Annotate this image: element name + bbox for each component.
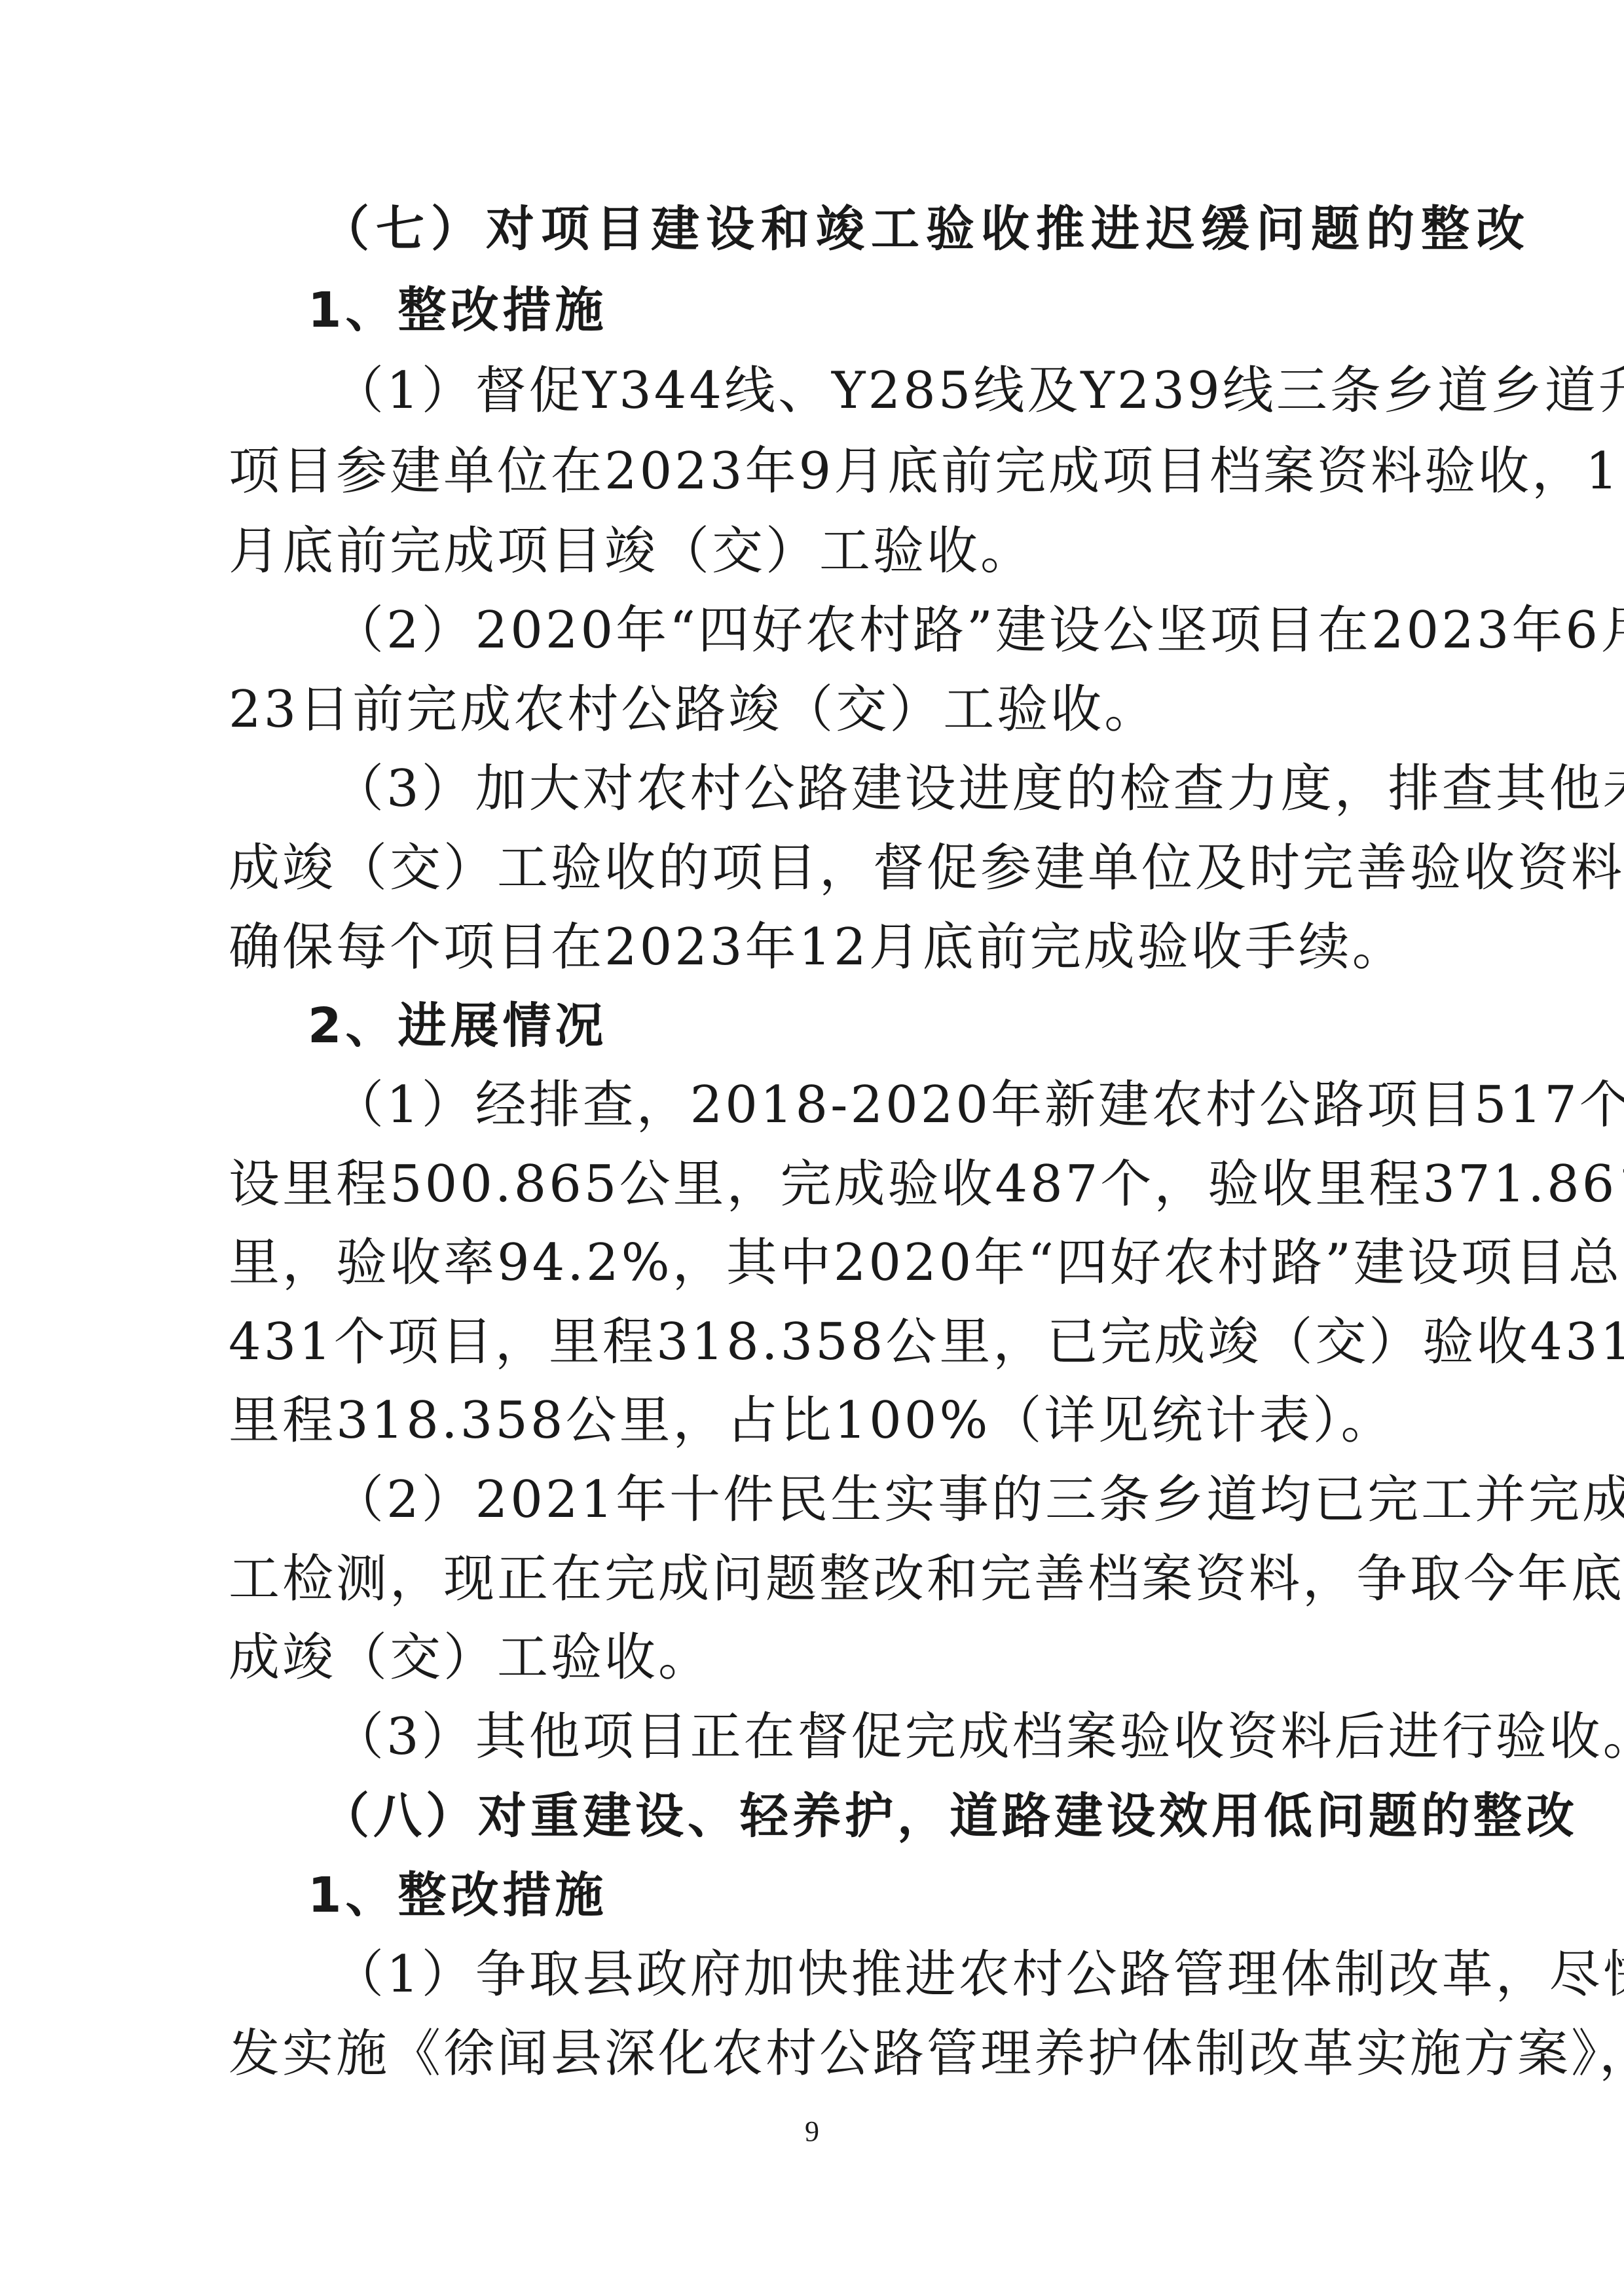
- paragraph-line: 工检测，现正在完成问题整改和完善档案资料，争取今年底完: [229, 1546, 1407, 1612]
- paragraph-line: （2）2021年十件民生实事的三条乡道均已完工并完成交: [333, 1467, 1407, 1533]
- subheading-measures: 1、整改措施: [308, 1863, 1382, 1928]
- page-number: 9: [0, 2115, 1624, 2148]
- paragraph-line: 23日前完成农村公路竣（交）工验收。: [229, 677, 1407, 742]
- paragraph-line: （2）2020年“四好农村路”建设公坚项目在2023年6月: [333, 598, 1407, 663]
- paragraph-line: 里程318.358公里，占比100%（详见统计表）。: [229, 1388, 1407, 1453]
- paragraph-line: 里，验收率94.2%，其中2020年“四好农村路”建设项目总计: [229, 1230, 1407, 1296]
- paragraph-line: 成竣（交）工验收。: [229, 1625, 1407, 1690]
- section-heading-8: （八）对重建设、轻养护，道路建设效用低问题的整改: [321, 1783, 1395, 1849]
- paragraph-line: 月底前完成项目竣（交）工验收。: [229, 519, 1407, 584]
- paragraph-line: （3）其他项目正在督促完成档案验收资料后进行验收。: [333, 1704, 1407, 1770]
- paragraph-line: 设里程500.865公里，完成验收487个，验收里程371.861公: [229, 1152, 1407, 1217]
- paragraph-line: （1）争取县政府加快推进农村公路管理体制改革，尽快印: [333, 1942, 1407, 2007]
- paragraph-line: 项目参建单位在2023年9月底前完成项目档案资料验收，12: [229, 439, 1407, 504]
- subheading-progress: 2、进展情况: [308, 993, 1382, 1059]
- paragraph-line: 发实施《徐闻县深化农村公路管理养护体制改革实施方案》，: [229, 2021, 1407, 2086]
- paragraph-line: 成竣（交）工验收的项目，督促参建单位及时完善验收资料，: [229, 835, 1407, 901]
- paragraph-line: 431个项目，里程318.358公里，已完成竣（交）验收431个，: [229, 1309, 1407, 1375]
- paragraph-line: （3）加大对农村公路建设进度的检查力度，排查其他未完: [333, 756, 1407, 822]
- paragraph-line: （1）经排查，2018-2020年新建农村公路项目517个，建: [333, 1072, 1407, 1138]
- paragraph-line: 确保每个项目在2023年12月底前完成验收手续。: [229, 915, 1407, 980]
- paragraph-line: （1）督促Y344线、Y285线及Y239线三条乡道乡道升级: [333, 358, 1407, 424]
- subheading-measures: 1、整改措施: [308, 278, 1382, 343]
- section-heading-7: （七）对项目建设和竣工验收推进迟缓问题的整改: [321, 196, 1395, 262]
